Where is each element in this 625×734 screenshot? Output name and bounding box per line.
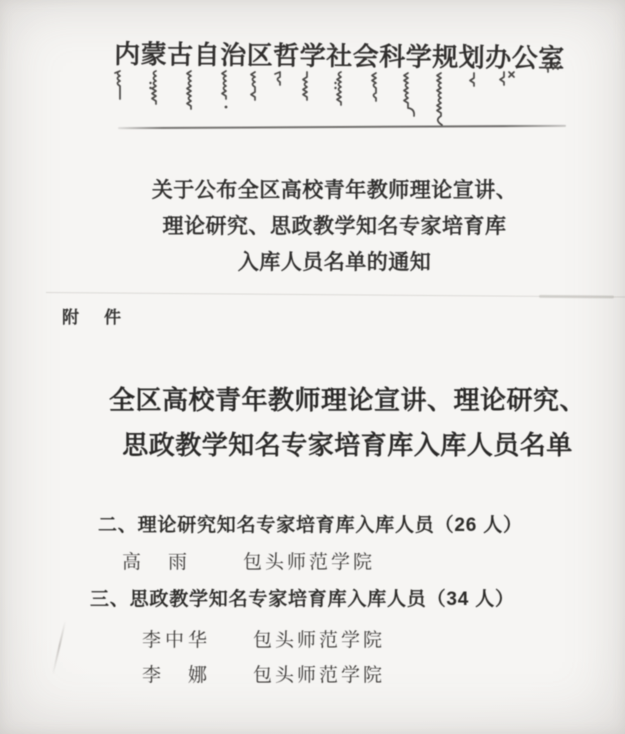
mongolian-word-glyph xyxy=(272,70,296,95)
mongolian-word-glyph xyxy=(183,69,207,120)
section-heading-ideological-teaching: 三、思政教学知名专家培育库入库人员（34 人） xyxy=(90,584,515,611)
mongolian-word-glyph xyxy=(148,69,172,117)
institution-name: 包头师范学院 xyxy=(253,660,385,687)
page-seam-line xyxy=(46,292,625,298)
main-title-line: 全区高校青年教师理论宣讲、理论研究、 xyxy=(35,378,625,423)
person-name: 高 雨 xyxy=(122,547,191,574)
mongolian-word-glyph xyxy=(299,70,323,114)
mongolian-word-glyph xyxy=(540,62,564,84)
section-heading-theory-research: 二、理论研究知名专家培育库入库人员（26 人） xyxy=(98,510,523,537)
institution-name: 包头师范学院 xyxy=(253,625,385,652)
roster-entry: 李 娜 包头师范学院 xyxy=(0,660,625,684)
document-content: 内蒙古自治区哲学社会科学规划办公室 关于公布全区高校青年教师理论宣讲、 理论研究… xyxy=(0,0,625,734)
institution-name: 包头师范学院 xyxy=(243,547,375,574)
mongolian-script-row xyxy=(0,0,625,135)
roster-entry: 李中华 包头师范学院 xyxy=(0,625,625,649)
notice-title-line: 入库人员名单的通知 xyxy=(22,244,625,280)
person-name: 李 娜 xyxy=(142,660,211,687)
mongolian-word-glyph xyxy=(112,69,136,110)
roster-entry: 高 雨 包头师范学院 xyxy=(0,547,625,571)
mongolian-word-glyph xyxy=(496,70,520,97)
scanned-document: 内蒙古自治区哲学社会科学规划办公室 关于公布全区高校青年教师理论宣讲、 理论研究… xyxy=(0,0,625,734)
notice-title-line: 关于公布全区高校青年教师理论宣讲、 xyxy=(22,172,625,208)
main-title: 全区高校青年教师理论宣讲、理论研究、 思政教学知名专家培育库入库人员名单 xyxy=(35,378,625,468)
mongolian-word-glyph xyxy=(368,71,392,113)
mongolian-word-glyph xyxy=(433,71,457,128)
mongolian-word-glyph xyxy=(466,71,490,96)
notice-title-line: 理论研究、思政教学知名专家培育库 xyxy=(22,208,625,244)
notice-title: 关于公布全区高校青年教师理论宣讲、 理论研究、思政教学知名专家培育库 入库人员名… xyxy=(22,172,625,280)
person-name: 李中华 xyxy=(142,625,211,652)
mongolian-word-glyph xyxy=(218,69,242,112)
mongolian-word-glyph xyxy=(247,70,271,110)
mongolian-word-glyph xyxy=(400,71,424,123)
main-title-line: 思政教学知名专家培育库入库人员名单 xyxy=(35,423,625,468)
attachment-label: 附 件 xyxy=(62,303,125,328)
mongolian-word-glyph xyxy=(333,70,357,117)
